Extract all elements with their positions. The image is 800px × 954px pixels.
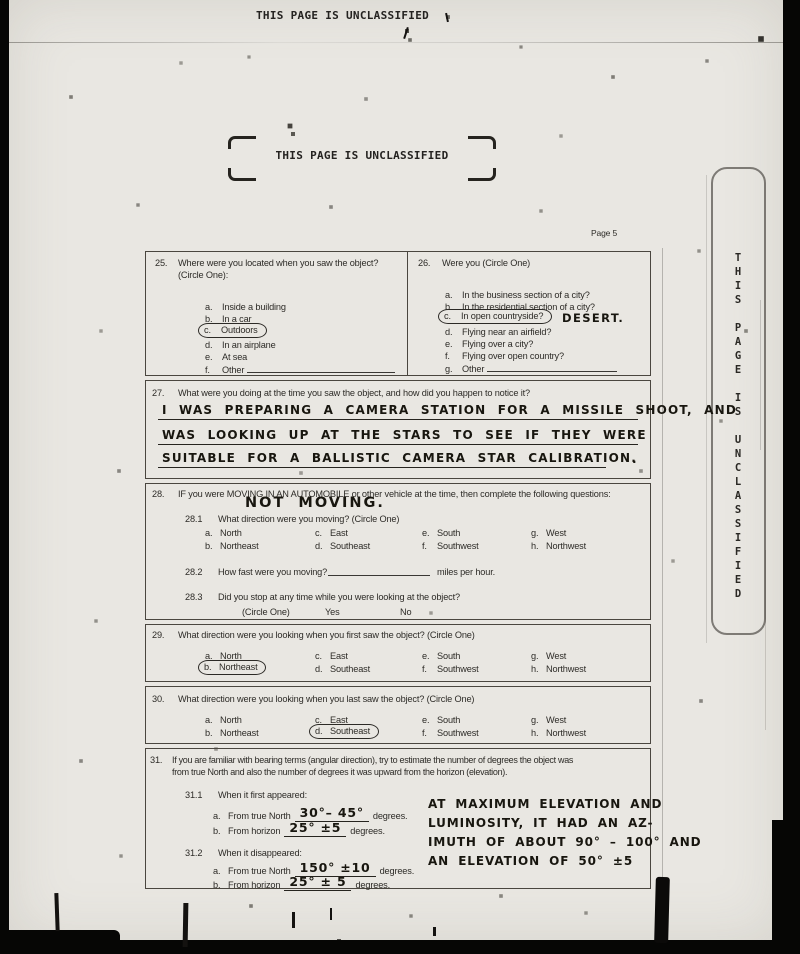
stamp-corner-bracket	[228, 168, 256, 181]
q26-option-a: a.In the business section of a city?	[445, 290, 590, 300]
handwritten-circle-mark: c.In open countryside?	[438, 309, 552, 324]
scan-scratch	[662, 248, 663, 916]
q29-option-f: f.Southwest	[422, 664, 479, 674]
scanned-questionnaire-page: THIS PAGE IS UNCLASSIFIED THIS PAGE IS U…	[0, 0, 800, 954]
q282-suffix: miles per hour.	[437, 567, 495, 577]
handwritten-circle-mark: d.Southeast	[309, 724, 379, 739]
q282-blank-line	[328, 575, 430, 576]
q26-handwritten-desert: DESERT.	[562, 311, 624, 325]
q283-no: No	[400, 607, 411, 617]
column-divider	[407, 252, 408, 375]
q31-annotation-line3: IMUTH OF ABOUT 90° – 100° AND	[428, 835, 702, 849]
q29-question: What direction were you looking when you…	[178, 630, 475, 640]
unclassified-stamp-boxed-text: THIS PAGE IS UNCLASSIFIED	[228, 149, 496, 162]
q29-option-h: h.Northwest	[531, 664, 586, 674]
q281-option-g: g.West	[531, 528, 566, 538]
q27-answer-line-3: SUITABLE FOR A BALLISTIC CAMERA STAR CAL…	[158, 446, 606, 468]
q27-answer-line-1: I WAS PREPARING A CAMERA STATION FOR A M…	[158, 398, 638, 420]
q311-label: When it first appeared:	[218, 790, 307, 800]
q30-option-e: e.South	[422, 715, 460, 725]
q25-option-a: a.Inside a building	[205, 302, 286, 312]
q30-number: 30.	[152, 694, 164, 704]
q26-option-g: g.Other	[445, 363, 617, 374]
handwritten-circle-mark: b.Northeast	[198, 660, 266, 675]
scan-edge-bottom	[0, 940, 800, 954]
scan-edge-bottom-left	[0, 930, 120, 954]
ink-blob-mark	[654, 877, 670, 943]
q281-option-c: c.East	[315, 528, 348, 538]
scan-blemish	[433, 927, 436, 936]
q25-option-f: f.Other	[205, 364, 395, 375]
q29-option-g: g.West	[531, 651, 566, 661]
q26-question: Were you (Circle One)	[442, 258, 530, 268]
q25-circle-one: (Circle One):	[178, 270, 228, 280]
handwritten-circle-mark: c.Outdoors	[198, 323, 267, 338]
q26-option-d: d.Flying near an airfield?	[445, 327, 551, 337]
scan-edge-left	[0, 0, 9, 954]
scan-blemish	[330, 908, 332, 920]
q26-option-e: e.Flying over a city?	[445, 339, 533, 349]
q281-option-a: a.North	[205, 528, 242, 538]
q30-option-b: b.Northeast	[205, 728, 258, 738]
q281-option-e: e.South	[422, 528, 460, 538]
q29-option-c: c.East	[315, 651, 348, 661]
unclassified-stamp-top: THIS PAGE IS UNCLASSIFIED	[256, 9, 429, 22]
q27-stray-period: .	[632, 452, 638, 466]
q26-option-c: c.In open countryside?	[438, 311, 552, 321]
q25-option-d: d.In an airplane	[205, 340, 276, 350]
q25-option-e: e.At sea	[205, 352, 247, 362]
page-number: Page 5	[591, 228, 617, 238]
q283-circle-one: (Circle One)	[242, 607, 290, 617]
q311-number: 31.1	[185, 790, 202, 800]
scan-edge-right	[783, 0, 800, 954]
q30-option-a: a.North	[205, 715, 242, 725]
q312-b-handwritten-value: 25° ± 5	[284, 874, 351, 891]
q29-number: 29.	[152, 630, 164, 640]
q27-question: What were you doing at the time you saw …	[178, 388, 530, 398]
q30-question: What direction were you looking when you…	[178, 694, 474, 704]
q31-annotation-line2: LUMINOSITY, IT HAD AN AZ-	[428, 816, 653, 830]
scan-edge-bottom-right	[772, 820, 800, 954]
q31-annotation-line1: AT MAXIMUM ELEVATION AND	[428, 797, 662, 811]
stamp-corner-bracket	[468, 136, 496, 149]
q29-option-d: d.Southeast	[315, 664, 370, 674]
q26-number: 26.	[418, 258, 430, 268]
q25-number: 25.	[155, 258, 167, 268]
q28-handwritten-not-moving: NOT MOVING.	[245, 495, 385, 511]
q311-b: b.From horizon25° ±5degrees.	[213, 822, 385, 839]
q25-question: Where were you located when you saw the …	[178, 258, 378, 268]
q30-option-h: h.Northwest	[531, 728, 586, 738]
q28-number: 28.	[152, 489, 164, 499]
q312-number: 31.2	[185, 848, 202, 858]
q282-question: How fast were you moving?	[218, 567, 327, 577]
q283-number: 28.3	[185, 592, 202, 602]
other-blank-line	[487, 363, 617, 372]
q30-option-d: d.Southeast	[309, 726, 379, 736]
q282-number: 28.2	[185, 567, 202, 577]
q281-option-f: f.Southwest	[422, 541, 479, 551]
q31-question-line1: If you are familiar with bearing terms (…	[172, 755, 573, 765]
unclassified-stamp-boxed: THIS PAGE IS UNCLASSIFIED	[228, 136, 496, 181]
q281-number: 28.1	[185, 514, 202, 524]
q312-b: b.From horizon25° ± 5degrees.	[213, 876, 390, 893]
q26-option-f: f.Flying over open country?	[445, 351, 564, 361]
q312-label: When it disappeared:	[218, 848, 302, 858]
q31-annotation-line4: AN ELEVATION OF 50° ±5	[428, 854, 633, 868]
q30-option-g: g.West	[531, 715, 566, 725]
q281-question: What direction were you moving? (Circle …	[218, 514, 399, 524]
q311-b-handwritten-value: 25° ±5	[284, 820, 346, 837]
q29-option-b: b.Northeast	[198, 662, 266, 672]
q27-number: 27.	[152, 388, 164, 398]
q28-question: IF you were MOVING IN AN AUTOMOBILE or o…	[178, 489, 611, 499]
q31-number: 31.	[150, 755, 162, 765]
stamp-corner-bracket	[468, 168, 496, 181]
q281-option-b: b.Northeast	[205, 541, 258, 551]
q30-option-f: f.Southwest	[422, 728, 479, 738]
other-blank-line	[247, 364, 395, 373]
q283-question: Did you stop at any time while you were …	[218, 592, 460, 602]
fold-crease	[9, 42, 783, 43]
scan-blemish	[183, 903, 189, 947]
unclassified-stamp-vertical: T H I S P A G E I S U N C L A S S I F I …	[729, 251, 747, 601]
q31-question-line2: from true North and also the number of d…	[172, 767, 507, 777]
q281-option-h: h.Northwest	[531, 541, 586, 551]
q29-option-e: e.South	[422, 651, 460, 661]
q283-yes: Yes	[325, 607, 340, 617]
stamp-corner-bracket	[228, 136, 256, 149]
q25-option-c: c.Outdoors	[198, 325, 267, 335]
scan-blemish	[292, 912, 295, 928]
q281-option-d: d.Southeast	[315, 541, 370, 551]
q27-answer-line-2: WAS LOOKING UP AT THE STARS TO SEE IF TH…	[158, 423, 638, 445]
